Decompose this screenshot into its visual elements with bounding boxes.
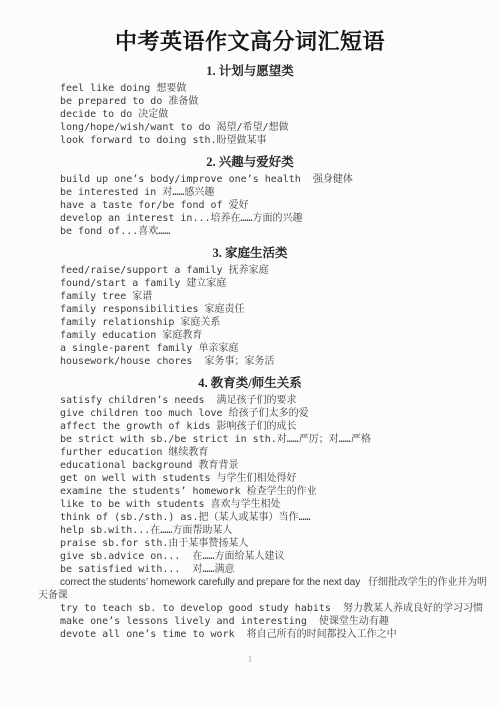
phrase-line: family relationship 家庭关系 xyxy=(38,316,490,329)
section-1: 1. 计划与愿望类feel like doing 想要做be prepared … xyxy=(38,64,490,147)
phrase-line: long/hope/wish/want to do 渴望/希望/想做 xyxy=(38,121,490,134)
phrase-line: correct the students’ homework carefully… xyxy=(38,576,490,602)
document-page: 中考英语作文高分词汇短语 1. 计划与愿望类feel like doing 想要… xyxy=(0,0,500,708)
phrase-line: be prepared to do 准备做 xyxy=(38,95,490,108)
phrase-line: family tree 家谱 xyxy=(38,290,490,303)
phrase-line: give sb.advice on... 在……方面给某人建议 xyxy=(38,550,490,563)
phrase-line: be satisfied with... 对……满意 xyxy=(38,563,490,576)
section-heading: 4. 教育类/师生关系 xyxy=(38,376,462,390)
phrase-line: give children too much love 给孩子们太多的爱 xyxy=(38,407,490,420)
phrase-line: be interested in 对……感兴趣 xyxy=(38,186,490,199)
phrase-line: family responsibilities 家庭责任 xyxy=(38,303,490,316)
phrase-line: a single-parent family 单亲家庭 xyxy=(38,342,490,355)
phrase-line: family education 家庭教育 xyxy=(38,329,490,342)
phrase-line: have a taste for/be fond of 爱好 xyxy=(38,199,490,212)
phrase-line: try to teach sb. to develop good study h… xyxy=(38,602,490,615)
section-heading: 3. 家庭生活类 xyxy=(38,246,462,260)
phrase-line: examine the students’ homework 检查学生的作业 xyxy=(38,485,490,498)
section-heading: 2. 兴趣与爱好类 xyxy=(38,155,462,169)
document-body: 1. 计划与愿望类feel like doing 想要做be prepared … xyxy=(38,64,490,641)
phrase-line: build up one’s body/improve one’s health… xyxy=(38,173,490,186)
phrase-line: make one’s lessons lively and interestin… xyxy=(38,615,490,628)
phrase-line: housework/house chores 家务事；家务活 xyxy=(38,355,490,368)
document-title: 中考英语作文高分词汇短语 xyxy=(38,28,462,56)
phrase-line: get on well with students 与学生们相处得好 xyxy=(38,472,490,485)
phrase-line: look forward to doing sth.盼望做某事 xyxy=(38,134,490,147)
section-heading: 1. 计划与愿望类 xyxy=(38,64,462,78)
phrase-line: satisfy children’s needs 满足孩子们的要求 xyxy=(38,394,490,407)
phrase-line: be strict with sb./be strict in sth.对……严… xyxy=(38,433,490,446)
section-2: 2. 兴趣与爱好类build up one’s body/improve one… xyxy=(38,155,490,238)
phrase-line: feel like doing 想要做 xyxy=(38,82,490,95)
phrase-line: affect the growth of kids 影响孩子们的成长 xyxy=(38,420,490,433)
phrase-line: decide to do 决定做 xyxy=(38,108,490,121)
phrase-line: found/start a family 建立家庭 xyxy=(38,277,490,290)
phrase-line: further education 继续教育 xyxy=(38,446,490,459)
phrase-line: praise sb.for sth.由于某事赞扬某人 xyxy=(38,537,490,550)
phrase-line: feed/raise/support a family 抚养家庭 xyxy=(38,264,490,277)
phrase-line: think of (sb./sth.) as.把（某人或某事）当作…… xyxy=(38,511,490,524)
section-3: 3. 家庭生活类feed/raise/support a family 抚养家庭… xyxy=(38,246,490,368)
page-number: 1 xyxy=(38,653,462,665)
phrase-line: educational background 教育背景 xyxy=(38,459,490,472)
section-4: 4. 教育类/师生关系satisfy children’s needs 满足孩子… xyxy=(38,376,490,641)
phrase-line: like to be with students 喜欢与学生相处 xyxy=(38,498,490,511)
phrase-line: develop an interest in...培养在……方面的兴趣 xyxy=(38,212,490,225)
phrase-line: be fond of...喜欢…… xyxy=(38,225,490,238)
phrase-line: help sb.with...在……方面帮助某人 xyxy=(38,524,490,537)
phrase-line: devote all one’s time to work 将自己所有的时间都投… xyxy=(38,628,490,641)
